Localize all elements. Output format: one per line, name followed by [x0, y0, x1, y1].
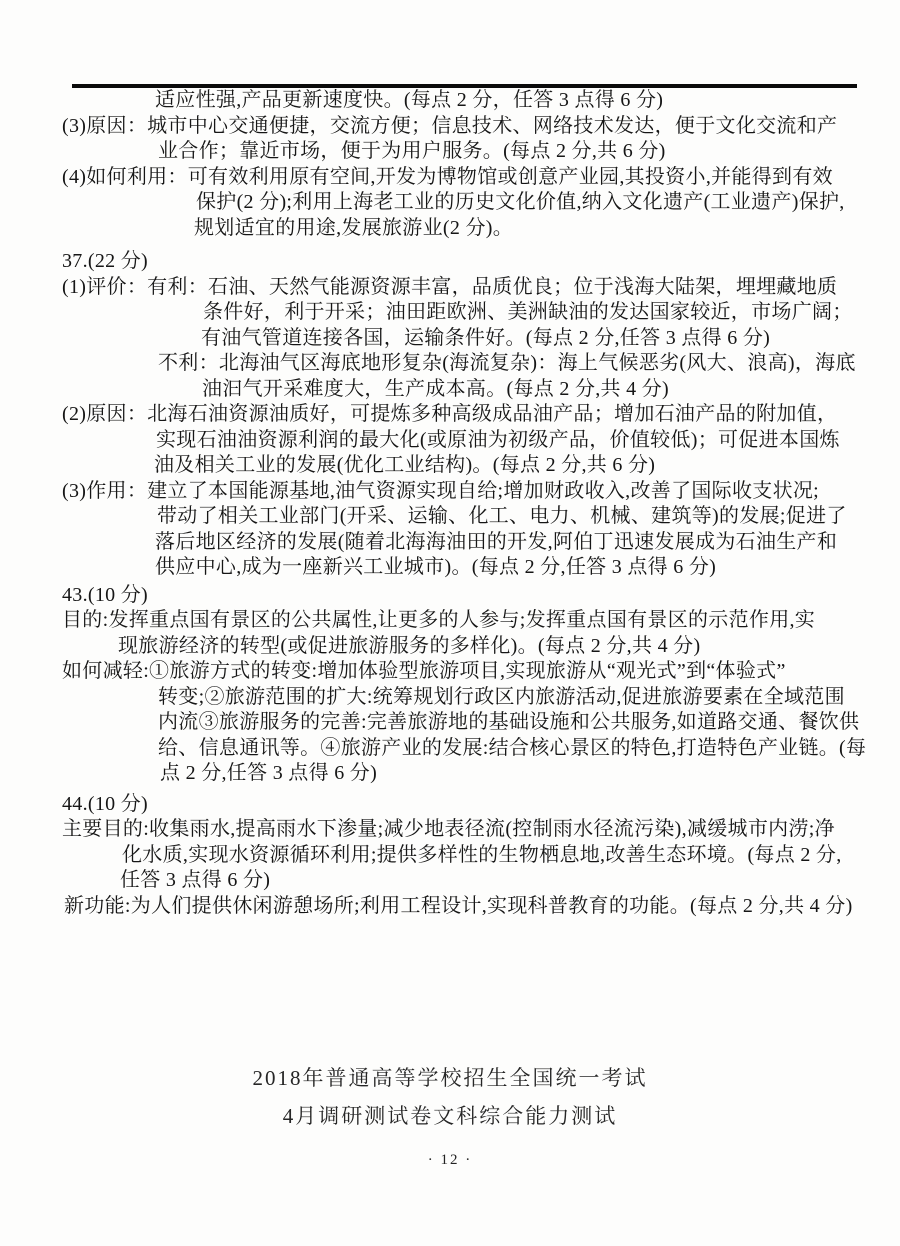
text-line: 不利：北海油气区海底地形复杂(海流复杂)：海上气候恶劣(风大、浪高)，海底 [0, 351, 900, 377]
text-line: 有油气管道连接各国，运输条件好。(每点 2 分,任答 3 点得 6 分) [0, 326, 900, 352]
footer-exam-subtitle: 4月调研测试卷文科综合能力测试 [0, 1100, 900, 1130]
text-line: 供应中心,成为一座新兴工业城市)。(每点 2 分,任答 3 点得 6 分) [0, 555, 900, 581]
text-line: 现旅游经济的转型(或促进旅游服务的多样化)。(每点 2 分,共 4 分) [0, 634, 900, 660]
text-line: 带动了相关工业部门(开采、运输、化工、电力、机械、建筑等)的发展;促进了 [0, 504, 900, 530]
footer-exam-title: 2018年普通高等学校招生全国统一考试 [0, 1062, 900, 1092]
text-line: 油及相关工业的发展(优化工业结构)。(每点 2 分,共 6 分) [0, 453, 900, 479]
text-line: 43.(10 分) [0, 583, 900, 609]
text-line: 44.(10 分) [0, 792, 900, 818]
text-line: 目的:发挥重点国有景区的公共属性,让更多的人参与;发挥重点国有景区的示范作用,实 [0, 608, 900, 634]
text-line: 化水质,实现水资源循环利用;提供多样性的生物栖息地,改善生态环境。(每点 2 分… [0, 843, 900, 869]
text-line: 内流③旅游服务的完善:完善旅游地的基础设施和公共服务,如道路交通、餐饮供 [0, 710, 900, 736]
text-line: 条件好，利于开采；油田距欧洲、美洲缺油的发达国家较近，市场广阔； [0, 300, 900, 326]
text-line: 落后地区经济的发展(随着北海海油田的开发,阿伯丁迅速发展成为石油生产和 [0, 530, 900, 556]
text-line: 37.(22 分) [0, 249, 900, 275]
text-line: 如何减轻:①旅游方式的转变:增加体验型旅游项目,实现旅游从“观光式”到“体验式” [0, 659, 900, 685]
text-line: 保护(2 分);利用上海老工业的历史文化价值,纳入文化遗产(工业遗产)保护, [0, 190, 900, 216]
text-line: 给、信息通讯等。④旅游产业的发展:结合核心景区的特色,打造特色产业链。(每 [0, 736, 900, 762]
text-line: 规划适宜的用途,发展旅游业(2 分)。 [0, 216, 900, 242]
text-line: 适应性强,产品更新速度快。(每点 2 分，任答 3 点得 6 分) [0, 88, 900, 114]
text-line: 任答 3 点得 6 分) [0, 868, 900, 894]
text-line: (2)原因：北海石油资源油质好，可提炼多种高级成品油产品；增加石油产品的附加值， [0, 402, 900, 428]
text-line: (4)如何利用：可有效利用原有空间,开发为博物馆或创意产业园,其投资小,并能得到… [0, 165, 900, 191]
text-line: (3)作用：建立了本国能源基地,油气资源实现自给;增加财政收入,改善了国际收支状… [0, 479, 900, 505]
scanned-exam-page: 适应性强,产品更新速度快。(每点 2 分，任答 3 点得 6 分)(3)原因：城… [0, 0, 900, 1246]
text-line: 主要目的:收集雨水,提高雨水下渗量;减少地表径流(控制雨水径流污染),减缓城市内… [0, 817, 900, 843]
text-line: 新功能:为人们提供休闲游憩场所;利用工程设计,实现科普教育的功能。(每点 2 分… [0, 894, 900, 920]
answer-key-text-block: 适应性强,产品更新速度快。(每点 2 分，任答 3 点得 6 分)(3)原因：城… [0, 88, 900, 919]
text-line: (1)评价：有利：石油、天然气能源资源丰富，品质优良；位于浅海大陆架，埋埋藏地质 [0, 275, 900, 301]
text-line: 实现石油油资源利润的最大化(或原油为初级产品，价值较低)；可促进本国炼 [0, 428, 900, 454]
text-line: 业合作；靠近市场，便于为用户服务。(每点 2 分,共 6 分) [0, 139, 900, 165]
text-line: 油汩气开采难度大，生产成本高。(每点 2 分,共 4 分) [0, 377, 900, 403]
text-line: 转变;②旅游范围的扩大:统筹规划行政区内旅游活动,促进旅游要素在全域范围 [0, 685, 900, 711]
text-line: 点 2 分,任答 3 点得 6 分) [0, 761, 900, 787]
text-line: (3)原因：城市中心交通便捷，交流方便；信息技术、网络技术发达，便于文化交流和产 [0, 114, 900, 140]
page-number: · 12 · [0, 1152, 900, 1169]
